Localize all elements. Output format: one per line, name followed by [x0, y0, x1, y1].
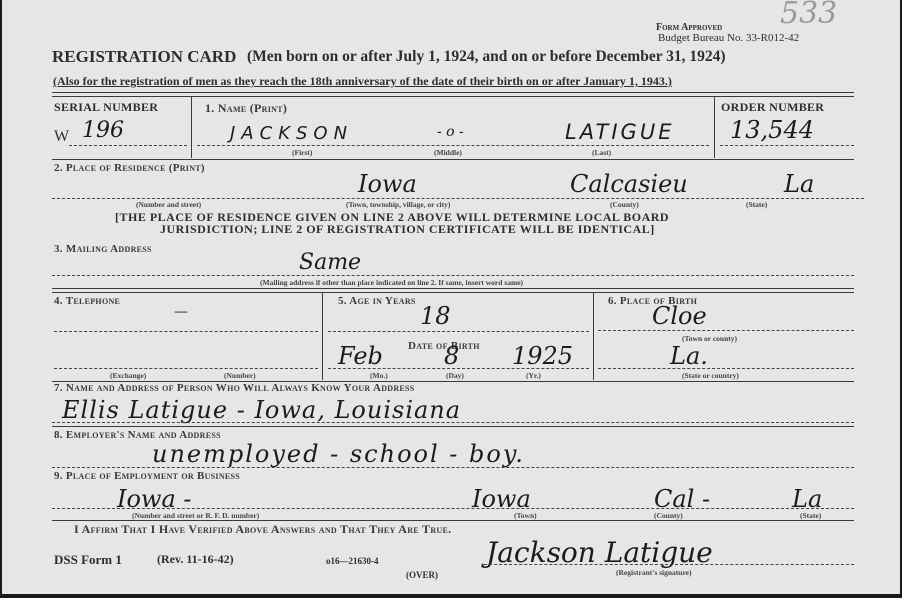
employment-place-label: 9. Place of Employment or Business — [54, 470, 240, 482]
form-title: REGISTRATION CARD — [52, 47, 236, 67]
budget-bureau: Budget Bureau No. 33-R012-42 — [658, 32, 799, 44]
birthplace-state: La. — [670, 342, 708, 370]
mailing-label: 3. Mailing Address — [54, 243, 152, 255]
affirmation-text: I Affirm That I Have Verified Above Answ… — [74, 522, 451, 537]
print-code: o16—21630-4 — [326, 556, 379, 566]
form-id: DSS Form 1 — [54, 552, 122, 568]
mailing-caption: (Mailing address if other than place ind… — [260, 278, 523, 287]
serial-label: SERIAL NUMBER — [54, 100, 158, 115]
employer-value: unemployed - school - boy. — [152, 440, 525, 468]
registration-card: 533 Form Approved Budget Bureau No. 33-R… — [2, 0, 900, 594]
birthplace-town: Cloe — [652, 302, 707, 330]
jurisdiction-notice-2: JURISDICTION; LINE 2 OF REGISTRATION CER… — [160, 222, 655, 237]
telephone-value: — — [174, 304, 188, 320]
form-revision: (Rev. 11-16-42) — [157, 552, 234, 567]
stamp-number: 533 — [780, 0, 837, 31]
age-value: 18 — [420, 302, 451, 330]
residence-state: La — [784, 170, 814, 198]
residence-town: Iowa — [358, 170, 417, 198]
name-middle: - o - — [437, 124, 464, 140]
order-value: 13,544 — [730, 116, 814, 144]
order-label: ORDER NUMBER — [721, 100, 824, 115]
serial-value: 196 — [82, 118, 124, 143]
serial-prefix: W — [54, 128, 69, 146]
divider — [714, 96, 715, 158]
dob-day: 8 — [444, 342, 459, 370]
residence-label: 2. Place of Residence (Print) — [54, 162, 205, 174]
contact-value: Ellis Latigue - Iowa, Louisiana — [62, 396, 461, 424]
form-subtitle: (Also for the registration of men as the… — [53, 74, 672, 89]
divider — [191, 96, 192, 158]
form-title-note: (Men born on or after July 1, 1924, and … — [247, 48, 726, 66]
mailing-value: Same — [299, 250, 361, 275]
residence-county: Calcasieu — [570, 170, 688, 198]
dob-month: Feb — [338, 342, 383, 370]
telephone-label: 4. Telephone — [54, 295, 120, 307]
name-label: 1. Name (Print) — [205, 101, 287, 116]
contact-label: 7. Name and Address of Person Who Will A… — [54, 382, 415, 394]
over-label: (OVER) — [406, 570, 438, 580]
dob-year: 1925 — [512, 342, 573, 370]
name-last: LATIGUE — [565, 120, 674, 144]
name-first: JACKSON — [230, 123, 353, 144]
age-label: 5. Age in Years — [338, 295, 416, 307]
top-rule — [52, 92, 854, 97]
